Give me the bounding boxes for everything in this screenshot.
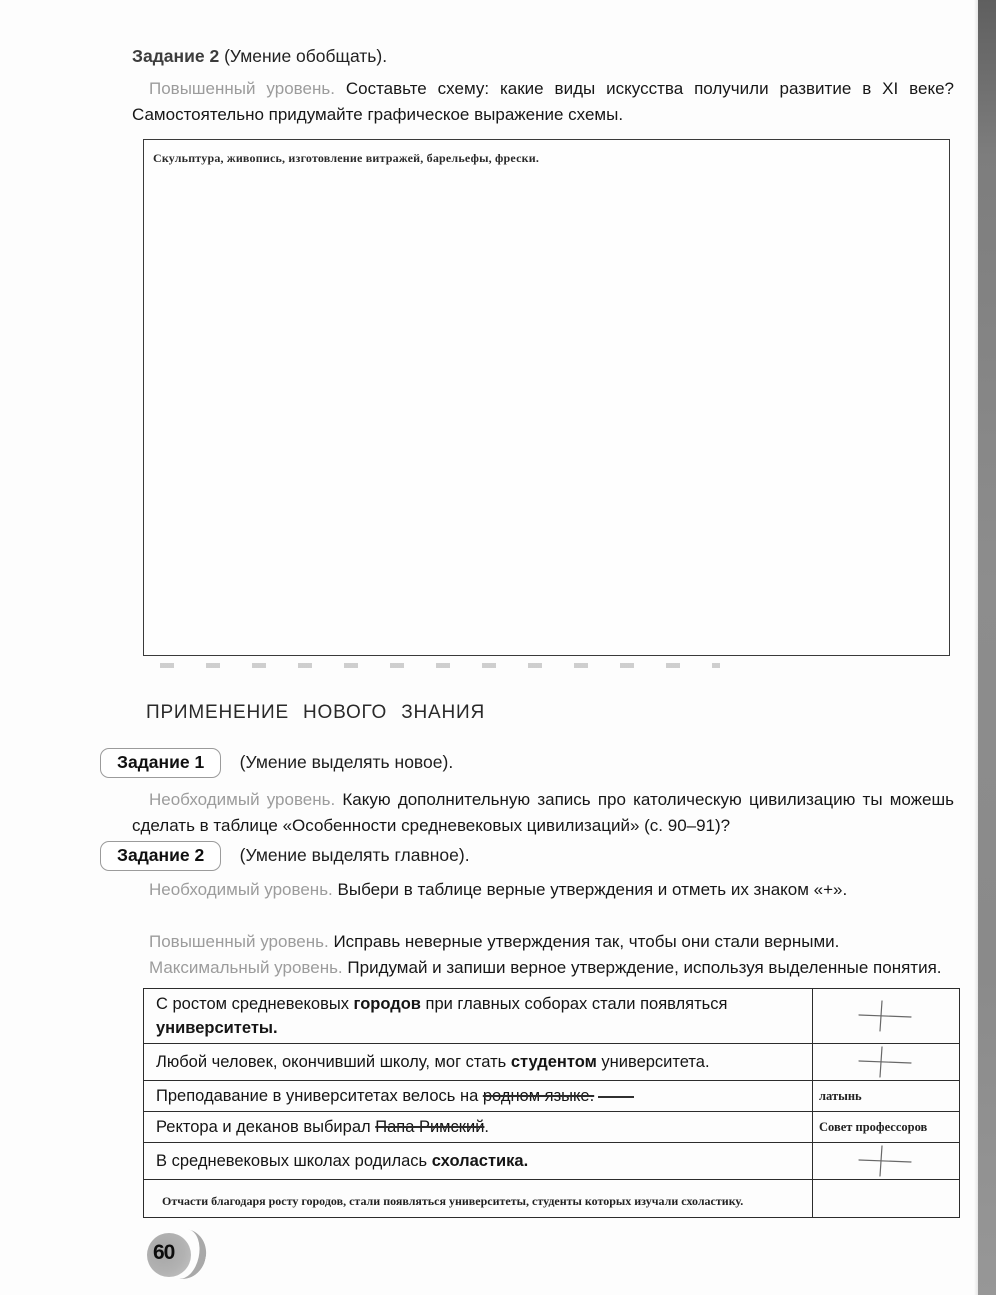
statement-cell: С ростом средневековых городов при главн… bbox=[144, 989, 813, 1044]
key-term: городов bbox=[354, 995, 421, 1013]
statement-text: С ростом средневековых bbox=[156, 995, 354, 1013]
task2-heading: Задание 2 (Умение выделять главное). bbox=[100, 841, 470, 875]
task1-skill-subtitle: (Умение выделять новое). bbox=[240, 752, 454, 772]
section-title: ПРИМЕНЕНИЕ НОВОГО ЗНАНИЯ bbox=[146, 702, 485, 724]
answer-cell bbox=[813, 1143, 960, 1180]
task2-level3-block: Максимальный уровень. Придумай и запиши … bbox=[132, 955, 954, 981]
key-term: университеты. bbox=[156, 1019, 278, 1037]
level-label: Максимальный уровень. bbox=[149, 958, 343, 977]
key-term: студентом bbox=[511, 1053, 597, 1071]
struck-text: Папа Римский bbox=[375, 1118, 484, 1136]
level-label: Необходимый уровень. bbox=[149, 880, 333, 899]
statement-text: Ректора и деканов выбирал bbox=[156, 1118, 375, 1136]
strike-extension-line bbox=[598, 1096, 634, 1098]
task-title: Задание 2 bbox=[132, 46, 219, 66]
table-row: Преподавание в университетах велось на р… bbox=[144, 1081, 960, 1112]
statement-cell: Преподавание в университетах велось на р… bbox=[144, 1081, 813, 1112]
statements-table: С ростом средневековых городов при главн… bbox=[143, 988, 960, 1218]
key-term: схоластика. bbox=[432, 1152, 528, 1170]
struck-text: родном языке. bbox=[483, 1087, 594, 1105]
statement-cell: В средневековых школах родилась схоласти… bbox=[144, 1143, 813, 1180]
scan-gutter-band bbox=[978, 0, 996, 1295]
statement-text: . bbox=[484, 1118, 489, 1136]
page-number: 60 bbox=[153, 1241, 174, 1265]
task-prompt: Придумай и запиши верное утверждение, ис… bbox=[347, 958, 941, 977]
task-prompt: Исправь неверные утверждения так, чтобы … bbox=[333, 932, 839, 951]
level-label: Повышенный уровень. bbox=[149, 932, 329, 951]
written-answer: Скульптура, живопись, изготовление витра… bbox=[153, 151, 949, 166]
plus-mark-icon bbox=[855, 1144, 917, 1178]
task-prompt: Выбери в таблице верные утверждения и от… bbox=[338, 880, 848, 899]
statement-text: Любой человек, окончивший школу, мог ста… bbox=[156, 1053, 511, 1071]
task2-skill-subtitle: (Умение выделять главное). bbox=[240, 845, 470, 865]
level-label: Повышенный уровень. bbox=[149, 79, 335, 98]
task-skill-subtitle: (Умение обобщать). bbox=[224, 46, 387, 66]
statements-table-body: С ростом средневековых городов при главн… bbox=[144, 989, 960, 1218]
table-row: Отчасти благодаря росту городов, стали п… bbox=[144, 1180, 960, 1218]
task2-badge: Задание 2 bbox=[100, 841, 221, 871]
table-row: Любой человек, окончивший школу, мог ста… bbox=[144, 1044, 960, 1081]
scan-artifact bbox=[160, 663, 720, 668]
statements-table-wrap: С ростом средневековых городов при главн… bbox=[143, 988, 959, 1218]
table-row: Ректора и деканов выбирал Папа Римский.С… bbox=[144, 1112, 960, 1143]
scheme-answer-box: Скульптура, живопись, изготовление витра… bbox=[143, 139, 950, 656]
task1-badge: Задание 1 bbox=[100, 748, 221, 778]
top-task-heading: Задание 2 (Умение обобщать). bbox=[132, 46, 954, 67]
plus-mark-icon bbox=[855, 999, 917, 1033]
task2-level2-block: Повышенный уровень. Исправь неверные утв… bbox=[132, 929, 954, 955]
task1-prompt-block: Необходимый уровень. Какую дополнительну… bbox=[132, 787, 954, 839]
task1-heading: Задание 1 (Умение выделять новое). bbox=[100, 748, 453, 782]
level-label: Необходимый уровень. bbox=[149, 790, 335, 809]
statement-text: Отчасти благодаря росту городов, стали п… bbox=[162, 1194, 743, 1208]
statement-cell: Отчасти благодаря росту городов, стали п… bbox=[144, 1180, 813, 1218]
answer-cell bbox=[813, 1044, 960, 1081]
table-row: С ростом средневековых городов при главн… bbox=[144, 989, 960, 1044]
answer-cell bbox=[813, 989, 960, 1044]
statement-text: университета. bbox=[597, 1053, 710, 1071]
workbook-page: Задание 2 (Умение обобщать). Повышенный … bbox=[0, 0, 996, 1295]
table-row: В средневековых школах родилась схоласти… bbox=[144, 1143, 960, 1180]
statement-text: при главных соборах стали появляться bbox=[421, 995, 728, 1013]
plus-mark-icon bbox=[855, 1045, 917, 1079]
statement-text: Преподавание в университетах велось на bbox=[156, 1087, 483, 1105]
answer-cell bbox=[813, 1180, 960, 1218]
answer-cell: Совет профессоров bbox=[813, 1112, 960, 1143]
page-number-badge: 60 bbox=[145, 1229, 205, 1283]
task2-level1-block: Необходимый уровень. Выбери в таблице ве… bbox=[132, 877, 954, 903]
statement-cell: Ректора и деканов выбирал Папа Римский. bbox=[144, 1112, 813, 1143]
statement-text: В средневековых школах родилась bbox=[156, 1152, 432, 1170]
top-task-prompt-block: Повышенный уровень. Составьте схему: как… bbox=[132, 76, 954, 128]
statement-cell: Любой человек, окончивший школу, мог ста… bbox=[144, 1044, 813, 1081]
answer-cell: латынь bbox=[813, 1081, 960, 1112]
